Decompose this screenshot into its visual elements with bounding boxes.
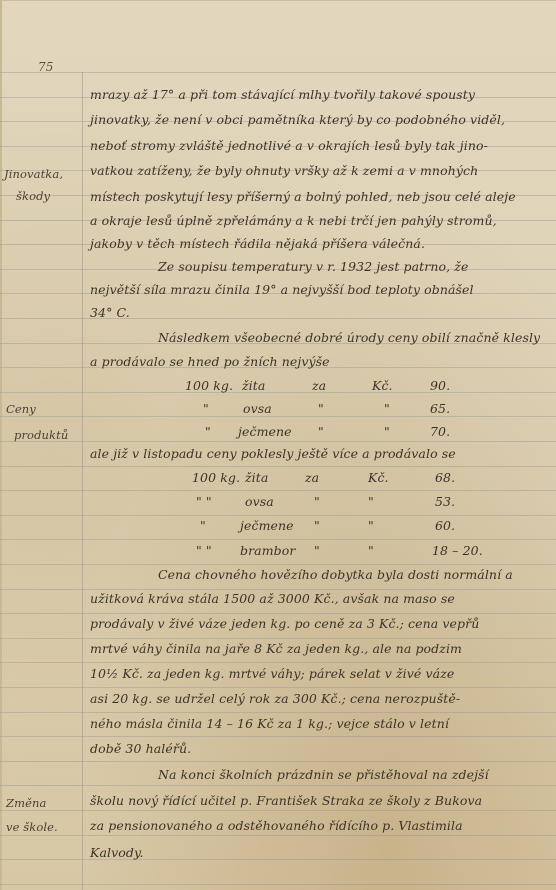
body-line: asi 20 kg. se udržel celý rok za 300 Kč.… xyxy=(90,691,460,706)
ruled-line xyxy=(0,589,556,590)
body-line: jinovatky, že není v obci pamětníka kter… xyxy=(90,112,505,127)
body-line: 34° C. xyxy=(90,305,130,320)
page-number: 75 xyxy=(38,60,53,74)
ruled-line xyxy=(0,761,556,762)
body-line: 10½ Kč. za jeden kg. mrtvé váhy; párek s… xyxy=(90,666,454,681)
ruled-line xyxy=(0,638,556,639)
margin-note-zmena: Změna xyxy=(6,796,46,810)
chronicle-page: 75 Jinovatka, škody Ceny produktů Změna … xyxy=(0,0,556,890)
margin-note-ve-skole: ve škole. xyxy=(6,820,58,834)
price-row: " ječmene " " 70. xyxy=(0,424,556,444)
ruled-line xyxy=(0,736,556,737)
body-line: Na konci školních prázdnin se přistěhova… xyxy=(158,767,489,782)
ruled-line xyxy=(0,72,556,73)
price-row: " " ovsa " " 53. xyxy=(0,494,556,514)
ruled-line xyxy=(0,835,556,836)
margin-note-jinovatka: Jinovatka, xyxy=(4,167,63,181)
body-line: době 30 haléřů. xyxy=(90,741,191,756)
ruled-line xyxy=(0,662,556,663)
body-line: školu nový řídící učitel p. František St… xyxy=(90,793,482,808)
ruled-line xyxy=(0,810,556,811)
body-line: Kalvody. xyxy=(90,845,144,860)
body-line: místech poskytují lesy příšerný a bolný … xyxy=(90,189,516,204)
body-line: největší síla mrazu činila 19° a nejvyšš… xyxy=(90,282,474,297)
price-row: 100 kg. žita za Kč. 68. xyxy=(0,470,556,490)
body-line: prodávaly v živé váze jeden kg. po ceně … xyxy=(90,616,479,631)
margin-note-skody: škody xyxy=(16,189,50,203)
ruled-line xyxy=(0,564,556,565)
body-line: užitková kráva stála 1500 až 3000 Kč., a… xyxy=(90,591,455,606)
body-line: Cena chovného hovězího dobytka byla dost… xyxy=(158,567,513,582)
body-line: a prodávalo se hned po žních nejvýše xyxy=(90,354,330,369)
ruled-line xyxy=(0,712,556,713)
price-row: " " brambor " " 18 – 20. xyxy=(0,543,556,563)
body-line: vatkou zatíženy, že byly ohnuty vršky až… xyxy=(90,163,478,178)
ruled-line xyxy=(0,539,556,540)
ruled-line xyxy=(0,884,556,885)
body-line: Následkem všeobecné dobré úrody ceny obi… xyxy=(158,330,540,345)
body-line: a okraje lesů úplně zpřelámány a k nebi … xyxy=(90,213,497,228)
body-line: za pensionovaného a odstěhovaného řídící… xyxy=(90,818,463,833)
ruled-line xyxy=(0,785,556,786)
price-row: " ječmene " " 60. xyxy=(0,518,556,538)
body-line: ale již v listopadu ceny poklesly ještě … xyxy=(90,446,456,461)
body-line: neboť stromy zvláště jednotlivé a v okra… xyxy=(90,138,488,153)
ruled-line xyxy=(0,515,556,516)
ruled-line xyxy=(0,466,556,467)
price-row: " ovsa " " 65. xyxy=(0,401,556,421)
body-line: mrtvé váhy činila na jaře 8 Kč za jeden … xyxy=(90,641,462,656)
ruled-line xyxy=(0,613,556,614)
body-line: Ze soupisu temperatury v r. 1932 jest pa… xyxy=(158,259,468,274)
ruled-line xyxy=(0,687,556,688)
body-line: jakoby v těch místech řádila nějaká příš… xyxy=(90,236,425,251)
ruled-line xyxy=(0,490,556,491)
body-line: ného másla činila 14 – 16 Kč za 1 kg.; v… xyxy=(90,716,449,731)
ruled-line xyxy=(0,318,556,319)
price-row: 100 kg. žita za Kč. 90. xyxy=(0,378,556,398)
ruled-line xyxy=(0,859,556,860)
body-line: mrazy až 17° a při tom stávající mlhy tv… xyxy=(90,87,475,102)
